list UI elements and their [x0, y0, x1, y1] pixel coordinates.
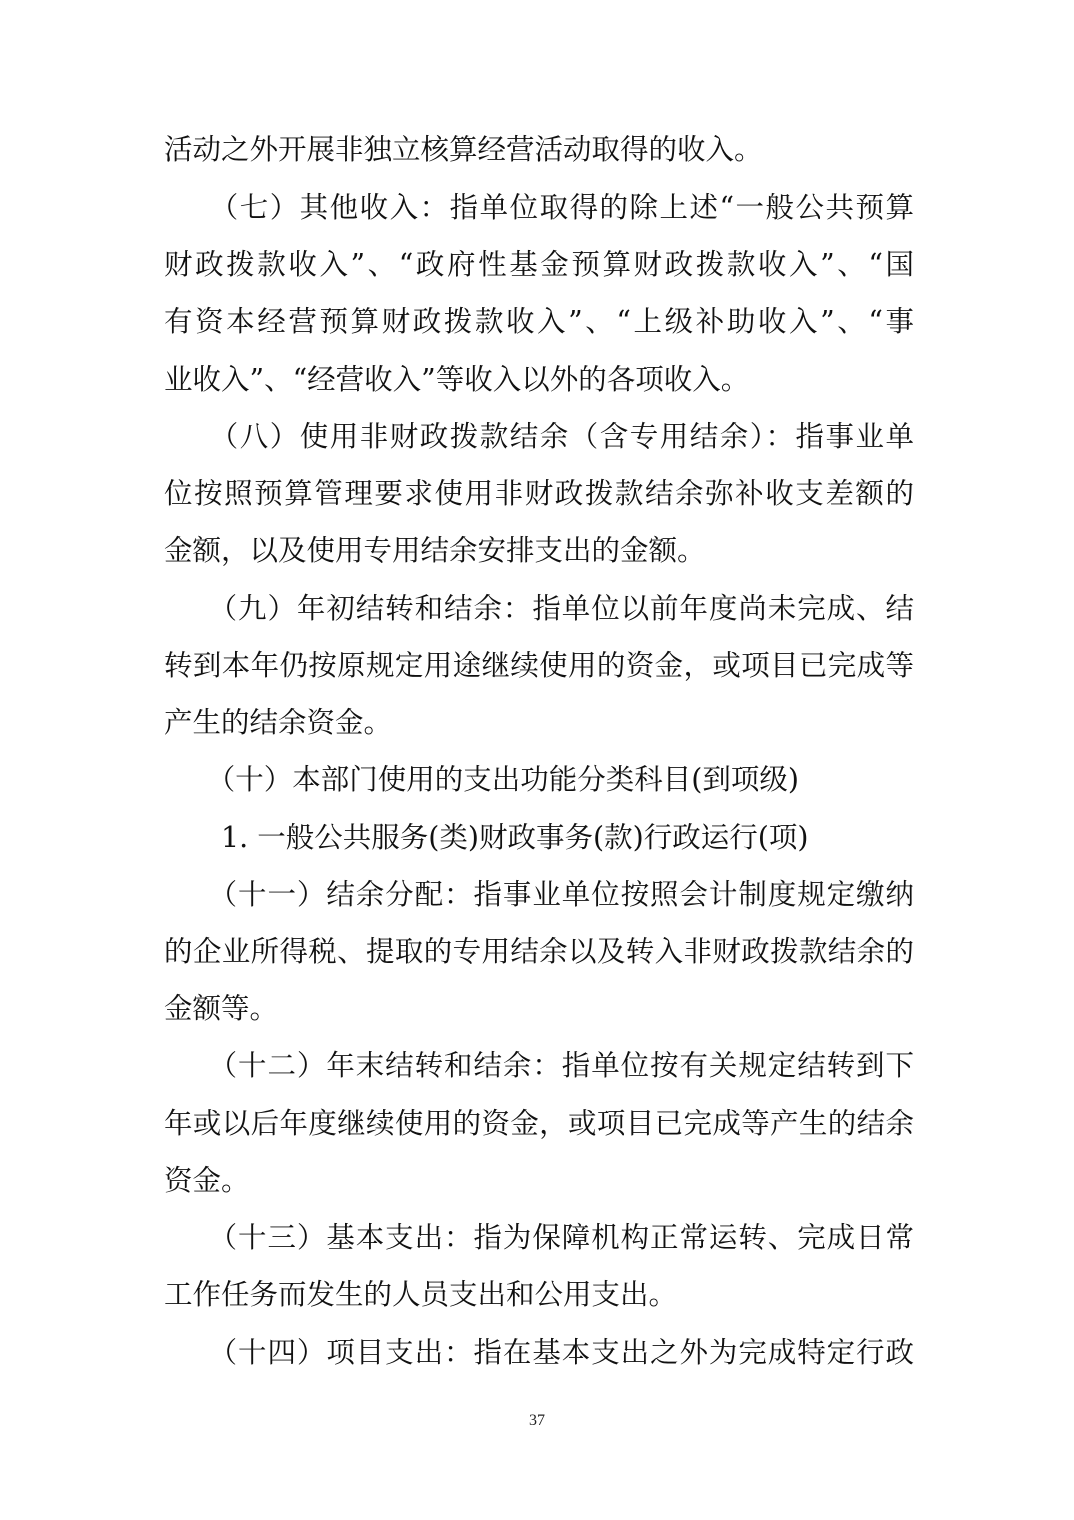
text-line: （十四）项目支出：指在基本支出之外为完成特定行政	[164, 1333, 914, 1373]
text-line: 产生的结余资金。	[164, 703, 914, 743]
text-line: （十二）年末结转和结余：指单位按有关规定结转到下	[164, 1046, 914, 1086]
text-line: 业收入”、“经营收入”等收入以外的各项收入。	[164, 360, 914, 400]
text-line: 的企业所得税、提取的专用结余以及转入非财政拨款结余的	[164, 932, 914, 972]
text-line: 金额等。	[164, 989, 914, 1029]
text-line: （十一）结余分配：指事业单位按照会计制度规定缴纳	[164, 875, 914, 915]
text-line: 财政拨款收入”、“政府性基金预算财政拨款收入”、“国	[164, 245, 914, 285]
text-line: 年或以后年度继续使用的资金，或项目已完成等产生的结余	[164, 1104, 914, 1144]
text-line: （九）年初结转和结余：指单位以前年度尚未完成、结	[164, 589, 914, 629]
text-line: 有资本经营预算财政拨款收入”、“上级补助收入”、“事	[164, 302, 914, 342]
text-line: （七）其他收入：指单位取得的除上述“一般公共预算	[164, 188, 914, 228]
text-line: （十）本部门使用的支出功能分类科目(到项级)	[164, 760, 914, 800]
text-line: 金额，以及使用专用结余安排支出的金额。	[164, 531, 914, 571]
text-line: 位按照预算管理要求使用非财政拨款结余弥补收支差额的	[164, 474, 914, 514]
text-line: 工作任务而发生的人员支出和公用支出。	[164, 1275, 914, 1315]
text-line: 活动之外开展非独立核算经营活动取得的收入。	[164, 130, 914, 170]
text-line: （八）使用非财政拨款结余（含专用结余）：指事业单	[164, 417, 914, 457]
text-line: 资金。	[164, 1161, 914, 1201]
text-line: 1. 一般公共服务(类)财政事务(款)行政运行(项)	[164, 818, 914, 858]
text-line: （十三）基本支出：指为保障机构正常运转、完成日常	[164, 1218, 914, 1258]
text-line: 转到本年仍按原规定用途继续使用的资金，或项目已完成等	[164, 646, 914, 686]
document-page: 活动之外开展非独立核算经营活动取得的收入。 （七）其他收入：指单位取得的除上述“…	[0, 0, 1074, 1520]
page-number: 37	[0, 1412, 1074, 1430]
